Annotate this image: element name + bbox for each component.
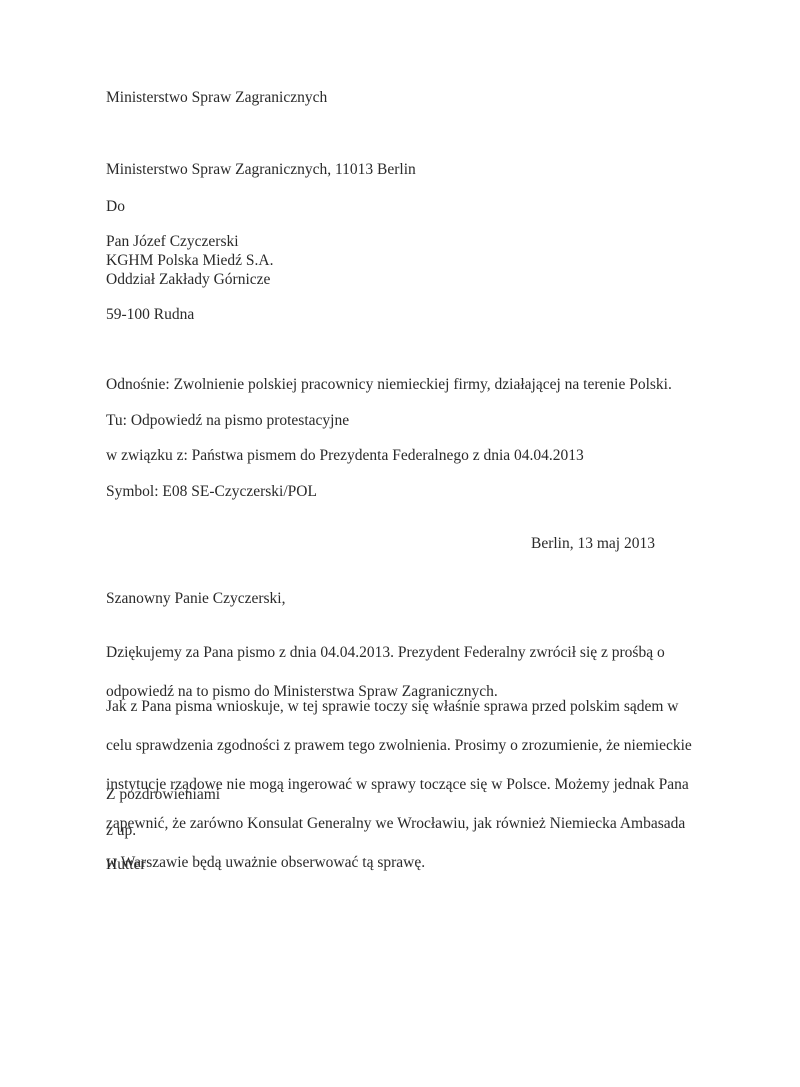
re-line: Tu: Odpowiedź na pismo protestacyjne	[106, 411, 349, 430]
sender-line: Ministerstwo Spraw Zagranicznych, 11013 …	[106, 160, 416, 179]
paragraph-line: zapewnić, że zarówno Konsulat Generalny …	[106, 814, 706, 834]
symbol-line: Symbol: E08 SE-Czyczerski/POL	[106, 482, 317, 501]
letterhead: Ministerstwo Spraw Zagranicznych	[106, 88, 327, 107]
paragraph-line: celu sprawdzenia zgodności z prawem tego…	[106, 736, 706, 756]
to-label: Do	[106, 197, 125, 216]
signature: Hutter	[106, 855, 146, 874]
closing: Z pozdrowieniami	[106, 785, 220, 804]
recipient-postal: 59-100 Rudna	[106, 305, 194, 324]
recipient-division: Oddział Zakłady Górnicze	[106, 270, 270, 289]
per-procura: z up.	[106, 821, 136, 840]
paragraph-line: Dziękujemy za Pana pismo z dnia 04.04.20…	[106, 643, 706, 663]
salutation: Szanowny Panie Czyczerski,	[106, 589, 286, 608]
in-connection-line: w związku z: Państwa pismem do Prezydent…	[106, 446, 584, 465]
subject-line: Odnośnie: Zwolnienie polskiej pracownicy…	[106, 375, 672, 394]
place-date: Berlin, 13 maj 2013	[531, 534, 655, 553]
paragraph-line: w Warszawie będą uważnie obserwować tą s…	[106, 853, 706, 873]
recipient-name: Pan Józef Czyczerski	[106, 232, 239, 251]
recipient-company: KGHM Polska Miedź S.A.	[106, 251, 274, 270]
paragraph-line: Jak z Pana pisma wnioskuje, w tej sprawi…	[106, 697, 706, 717]
